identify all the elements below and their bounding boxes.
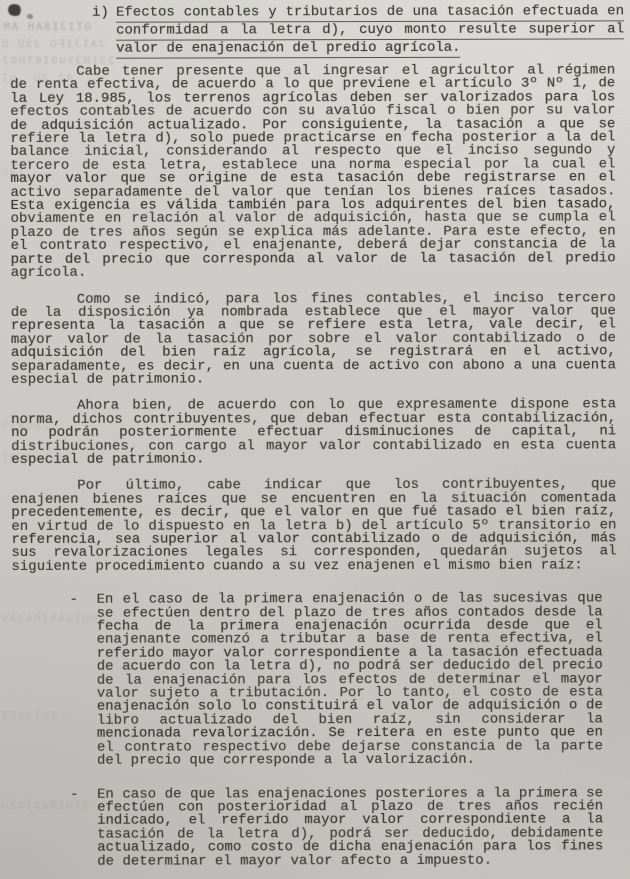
body-paragraph: Ahora bien, de acuerdo con lo que expres… [11,399,616,468]
text-line: agrícola. [11,265,616,280]
text-line: de renta efectiva, de acuerdo a lo que p… [10,78,615,93]
text-line: se efectúen dentro del plazo de tres año… [97,606,603,621]
text-line: conformidad a la letra d), cuyo monto re… [116,21,624,40]
text-line: enajenante comenzó a tributar a base de … [97,633,603,648]
text-line: de la disposición ya nombrada establece … [11,305,616,320]
bullet-text: En caso de que las enajenaciones posteri… [97,787,603,869]
text-line: especial de patrimonio. [11,452,616,467]
text-line: tasación de la letra d), podrá ser deduc… [97,827,603,842]
text-line: en virtud de lo dispuesto en la letra b)… [11,519,616,534]
bullet-text: En el caso de la primera enajenación o d… [97,593,603,769]
text-line: norma, dichos contribuyentes, que deban … [11,412,616,427]
text-line: de determinar el mayor valor afecto a im… [97,854,603,869]
bullet-item: - En caso de que las enajenaciones poste… [60,787,617,869]
text-line: efectúen con posterioridad al plazo de t… [97,800,603,815]
text-line: siguiente procedimiento cuando a su vez … [11,559,616,574]
text-line: distribuciones, con cargo al mayor valor… [11,439,616,454]
text-line: activo separadamente del valor que tenía… [10,185,615,200]
text-line: especial de patrimonio. [11,372,616,387]
text-line: valor de enajenación del predio agrícola… [116,40,461,59]
text-line: valor sujeto a tributación. Por lo tanto… [97,686,603,701]
section-heading: i) Efectos contables y tributarios de un… [116,3,624,58]
bullet-item: - En el caso de la primera enajenación o… [60,593,617,769]
bullet-dash: - [60,594,97,768]
section-heading-text: Efectos contables y tributarios de una t… [116,3,624,58]
text-line: enajenen bienes raíces que se encuentren… [11,492,616,507]
document-body: i) Efectos contables y tributarios de un… [0,0,617,869]
text-line: del precio que corresponde a la valoriza… [97,754,603,769]
text-line: efectos contables de acuerdo con su aval… [10,105,615,120]
text-line: Efectos contables y tributarios de una t… [116,3,624,22]
body-paragraph: Cabe tener presente que al ingresar el a… [10,64,616,280]
text-line: mayor valor de la tasación por sobre el … [11,332,616,347]
body-paragraph: Como se indicó, para los fines contables… [11,292,616,387]
bullet-dash: - [60,788,97,869]
text-line: tercero de esta letra, establece una nor… [10,158,615,173]
scanned-document-page: OTIJI8AH AM JAIJIFO J3U U 23TH3YU8IRTHOJ… [0,0,630,879]
body-paragraph: Por último, cabe indicar que los contrib… [11,479,616,574]
section-marker: i) [92,5,109,22]
text-line: el contrato respectivo, el enajenante, d… [11,239,616,254]
text-line: libro actualizado del bien raíz, sin con… [97,713,603,728]
